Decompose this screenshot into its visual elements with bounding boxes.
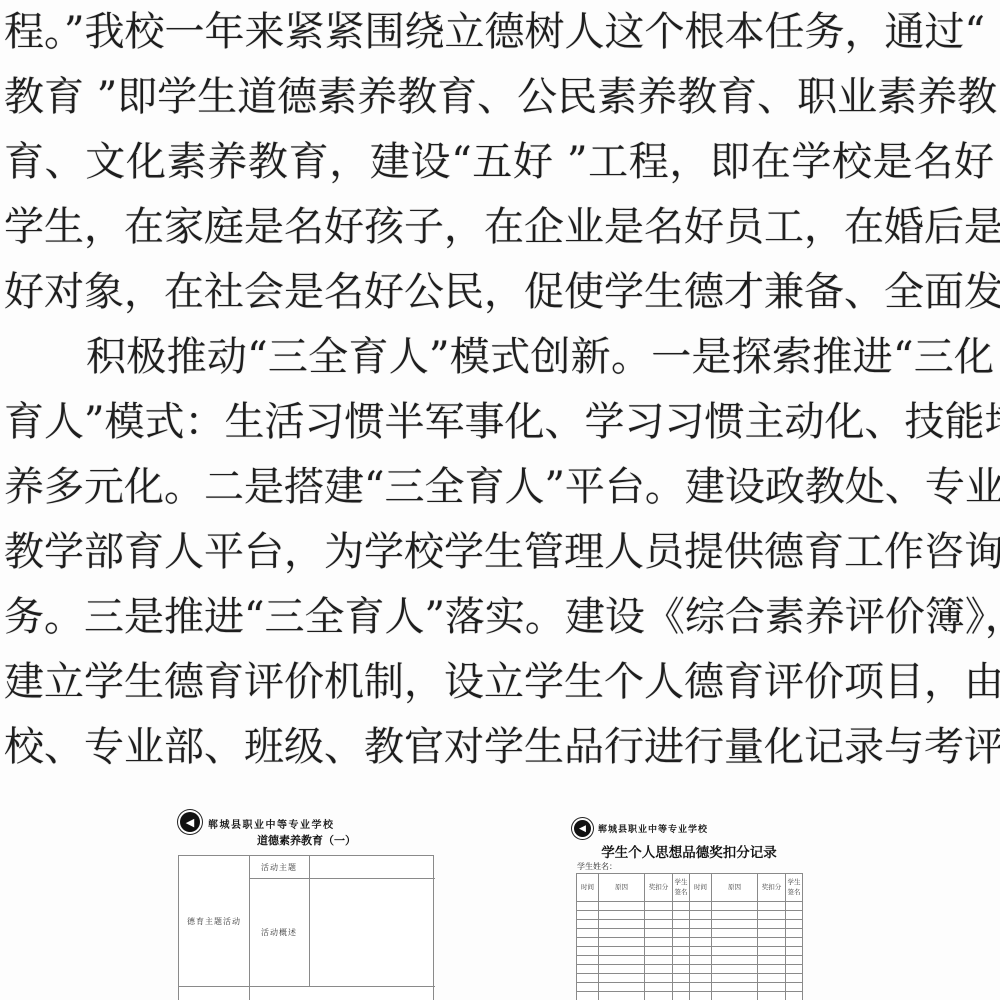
table-row <box>577 947 803 956</box>
col-header: 原因 <box>599 874 645 902</box>
table-row <box>577 974 803 983</box>
text-line: 务。三是推进“三全育人”落实。建设《综合素养评价簿》， <box>4 585 994 650</box>
text-line: 养多元化。二是搭建“三全育人”平台。建设政教处、专业 <box>4 455 994 520</box>
col-header: 奖扣分 <box>645 874 673 902</box>
table-gridline <box>179 986 435 987</box>
form-title: 道德素养教育（一） <box>178 832 435 848</box>
table-row <box>577 956 803 965</box>
school-logo-icon: ◀ <box>180 812 200 832</box>
text-line: 好对象，在社会是名好公民，促使学生德才兼备、全面发展。 <box>4 260 994 325</box>
text-line: 教学部育人平台，为学校学生管理人员提供德育工作咨询服 <box>4 520 994 585</box>
col-header: 学生签名 <box>673 874 690 902</box>
table-row <box>577 992 803 1000</box>
text-line: 教育 ”即学生道德素养教育、公民素养教育、职业素养教 <box>4 65 994 130</box>
activity-table: 德育主题活动 活动主题 活动概述 <box>178 855 434 1000</box>
col-header: 奖扣分 <box>758 874 786 902</box>
text-line: 育、文化素养教育，建设“五好 ”工程，即在学校是名好 <box>4 130 994 195</box>
topic-label-cell: 活动主题 <box>249 856 309 878</box>
table-header-row: 时间 原因 奖扣分 学生签名 时间 原因 奖扣分 学生签名 <box>577 874 803 902</box>
table-gridline <box>309 856 310 986</box>
table-row <box>577 983 803 992</box>
form-title: 学生个人思想品德奖扣分记录 <box>566 841 812 861</box>
student-name-label: 学生姓名： <box>577 861 617 872</box>
text-line-paragraph-start: 积极推动“三全育人”模式创新。一是探索推进“三化 <box>4 325 994 390</box>
text-line: 学生，在家庭是名好孩子，在企业是名好员工，在婚后是名 <box>4 195 994 260</box>
school-logo-icon: ◀ <box>574 820 591 837</box>
text-line: 育人”模式：生活习惯半军事化、学习习惯主动化、技能培 <box>4 390 994 455</box>
school-name: 郸城县职业中等专业学校 <box>208 816 335 831</box>
text-line: 校、专业部、班级、教官对学生品行进行量化记录与考评。 <box>4 715 994 780</box>
col-header: 时间 <box>577 874 599 902</box>
table-row <box>577 929 803 938</box>
col-header: 时间 <box>690 874 712 902</box>
col-header: 学生签名 <box>786 874 803 902</box>
table-row <box>577 920 803 929</box>
table-row <box>577 902 803 911</box>
col-header: 原因 <box>712 874 758 902</box>
table-row <box>577 965 803 974</box>
table-row <box>577 911 803 920</box>
row-header-cell: 德育主题活动 <box>179 856 249 986</box>
table-row <box>577 938 803 947</box>
score-record-table: 时间 原因 奖扣分 学生签名 时间 原因 奖扣分 学生签名 <box>576 873 803 1000</box>
body-text: 程。”我校一年来紧紧围绕立德树人这个根本任务，通过“ 四 教育 ”即学生道德素养… <box>4 0 994 780</box>
school-name: 郸城县职业中等专业学校 <box>598 822 708 835</box>
text-line: 建立学生德育评价机制，设立学生个人德育评价项目，由学 <box>4 650 994 715</box>
text-line: 程。”我校一年来紧紧围绕立德树人这个根本任务，通过“ 四 <box>4 0 994 65</box>
description-label-cell: 活动概述 <box>249 878 309 986</box>
